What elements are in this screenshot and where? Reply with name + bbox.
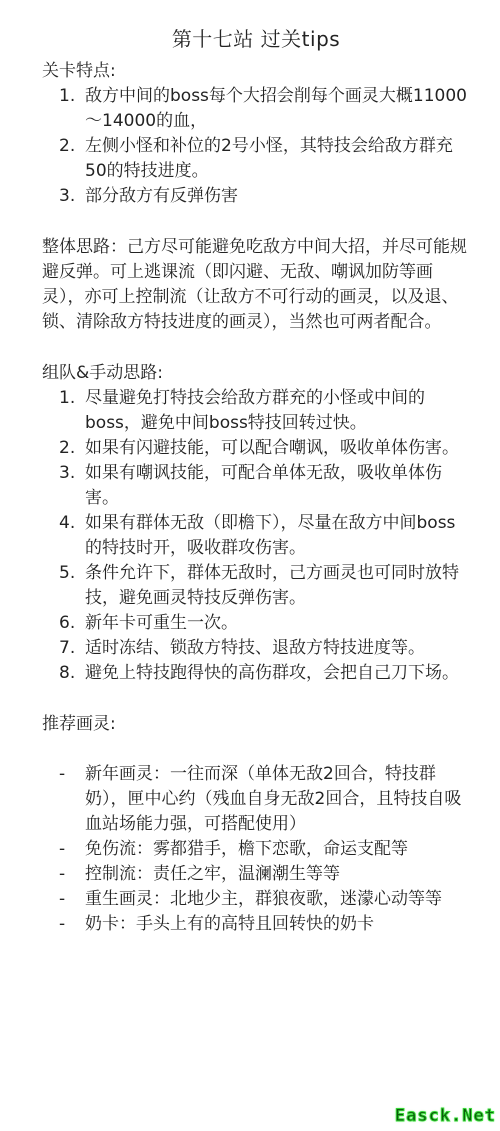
list-item: 3.部分敌方有反弹伤害 xyxy=(42,184,470,209)
page-title: 第十七站 过关tips xyxy=(42,26,470,52)
recommended-spirits-heading: 推荐画灵: xyxy=(42,712,470,737)
list-item: -控制流：责任之牢，温澜潮生等等 xyxy=(42,862,470,887)
list-item: -重生画灵：北地少主，群狼夜歌，迷濛心动等等 xyxy=(42,887,470,912)
document-body: 关卡特点:1.敌方中间的boss每个大招会削每个画灵大概11000～14000的… xyxy=(42,59,470,937)
level-features-list: 1.敌方中间的boss每个大招会削每个画灵大概11000～14000的血，2.左… xyxy=(42,84,470,209)
overall-strategy-section: 整体思路：己方尽可能避免吃敌方中间大招，并尽可能规避反弹。可上逃课流（即闪避、无… xyxy=(42,235,470,335)
list-item-text: 奶卡：手头上有的高特且回转快的奶卡 xyxy=(85,912,470,937)
list-item: 2.如果有闪避技能，可以配合嘲讽，吸收单体伤害。 xyxy=(42,436,470,461)
list-item-text: 新年卡可重生一次。 xyxy=(85,611,470,636)
list-item-text: 部分敌方有反弹伤害 xyxy=(85,184,470,209)
list-item: -新年画灵：一往而深（单体无敌2回合，特技群奶），匣中心约（残血自身无敌2回合，… xyxy=(42,762,470,837)
list-item-text: 尽量避免打特技会给敌方群充的小怪或中间的boss，避免中间boss特技回转过快。 xyxy=(85,386,470,436)
list-marker: 5. xyxy=(59,561,85,586)
team-manual-strategy-section: 组队&手动思路:1.尽量避免打特技会给敌方群充的小怪或中间的boss，避免中间b… xyxy=(42,361,470,686)
list-marker: 3. xyxy=(59,184,85,209)
level-features-heading: 关卡特点: xyxy=(42,59,470,84)
list-item-text: 控制流：责任之牢，温澜潮生等等 xyxy=(85,862,470,887)
list-item-text: 新年画灵：一往而深（单体无敌2回合，特技群奶），匣中心约（残血自身无敌2回合，且… xyxy=(85,762,470,837)
list-marker: 7. xyxy=(59,636,85,661)
list-marker: - xyxy=(59,837,85,862)
list-item-text: 适时冻结、锁敌方特技、退敌方特技进度等。 xyxy=(85,636,470,661)
list-item: -奶卡：手头上有的高特且回转快的奶卡 xyxy=(42,912,470,937)
list-marker: 2. xyxy=(59,134,85,159)
recommended-spirits-section: 推荐画灵:-新年画灵：一往而深（单体无敌2回合，特技群奶），匣中心约（残血自身无… xyxy=(42,712,470,937)
list-item: 8.避免上特技跑得快的高伤群攻，会把自己刀下场。 xyxy=(42,661,470,686)
list-item-text: 重生画灵：北地少主，群狼夜歌，迷濛心动等等 xyxy=(85,887,470,912)
list-marker: 4. xyxy=(59,511,85,536)
list-item-text: 如果有嘲讽技能，可配合单体无敌，吸收单体伤害。 xyxy=(85,461,470,511)
list-marker: 8. xyxy=(59,661,85,686)
list-marker: 1. xyxy=(59,84,85,109)
list-marker: 6. xyxy=(59,611,85,636)
list-item-text: 如果有群体无敌（即檐下），尽量在敌方中间boss的特技时开，吸收群攻伤害。 xyxy=(85,511,470,561)
document-page: 第十七站 过关tips 关卡特点:1.敌方中间的boss每个大招会削每个画灵大概… xyxy=(0,0,500,1131)
list-item-text: 如果有闪避技能，可以配合嘲讽，吸收单体伤害。 xyxy=(85,436,470,461)
list-item: 1.尽量避免打特技会给敌方群充的小怪或中间的boss，避免中间boss特技回转过… xyxy=(42,386,470,436)
list-marker: 3. xyxy=(59,461,85,486)
list-item-text: 条件允许下，群体无敌时，己方画灵也可同时放特技，避免画灵特技反弹伤害。 xyxy=(85,561,470,611)
level-features-section: 关卡特点:1.敌方中间的boss每个大招会削每个画灵大概11000～14000的… xyxy=(42,59,470,209)
team-manual-strategy-heading: 组队&手动思路: xyxy=(42,361,470,386)
list-item: 4.如果有群体无敌（即檐下），尽量在敌方中间boss的特技时开，吸收群攻伤害。 xyxy=(42,511,470,561)
list-item-text: 敌方中间的boss每个大招会削每个画灵大概11000～14000的血， xyxy=(85,84,470,134)
list-marker: - xyxy=(59,762,85,787)
list-item: 2.左侧小怪和补位的2号小怪，其特技会给敌方群充50的特技进度。 xyxy=(42,134,470,184)
list-item: 3.如果有嘲讽技能，可配合单体无敌，吸收单体伤害。 xyxy=(42,461,470,511)
list-item-text: 免伤流：雾都猎手，檐下恋歌，命运支配等 xyxy=(85,837,470,862)
list-marker: 1. xyxy=(59,386,85,411)
list-item-text: 避免上特技跑得快的高伤群攻，会把自己刀下场。 xyxy=(85,661,470,686)
list-marker: - xyxy=(59,887,85,912)
list-item: 7.适时冻结、锁敌方特技、退敌方特技进度等。 xyxy=(42,636,470,661)
list-item-text: 左侧小怪和补位的2号小怪，其特技会给敌方群充50的特技进度。 xyxy=(85,134,470,184)
recommended-spirits-list: -新年画灵：一往而深（单体无敌2回合，特技群奶），匣中心约（残血自身无敌2回合，… xyxy=(42,762,470,937)
list-item: 5.条件允许下，群体无敌时，己方画灵也可同时放特技，避免画灵特技反弹伤害。 xyxy=(42,561,470,611)
list-marker: - xyxy=(59,912,85,937)
list-marker: - xyxy=(59,862,85,887)
list-item: -免伤流：雾都猎手，檐下恋歌，命运支配等 xyxy=(42,837,470,862)
watermark-text: Easck.Net xyxy=(395,1106,496,1126)
list-marker: 2. xyxy=(59,436,85,461)
team-manual-strategy-list: 1.尽量避免打特技会给敌方群充的小怪或中间的boss，避免中间boss特技回转过… xyxy=(42,386,470,686)
overall-strategy-text: 整体思路：己方尽可能避免吃敌方中间大招，并尽可能规避反弹。可上逃课流（即闪避、无… xyxy=(42,235,470,335)
list-item: 6.新年卡可重生一次。 xyxy=(42,611,470,636)
list-item: 1.敌方中间的boss每个大招会削每个画灵大概11000～14000的血， xyxy=(42,84,470,134)
